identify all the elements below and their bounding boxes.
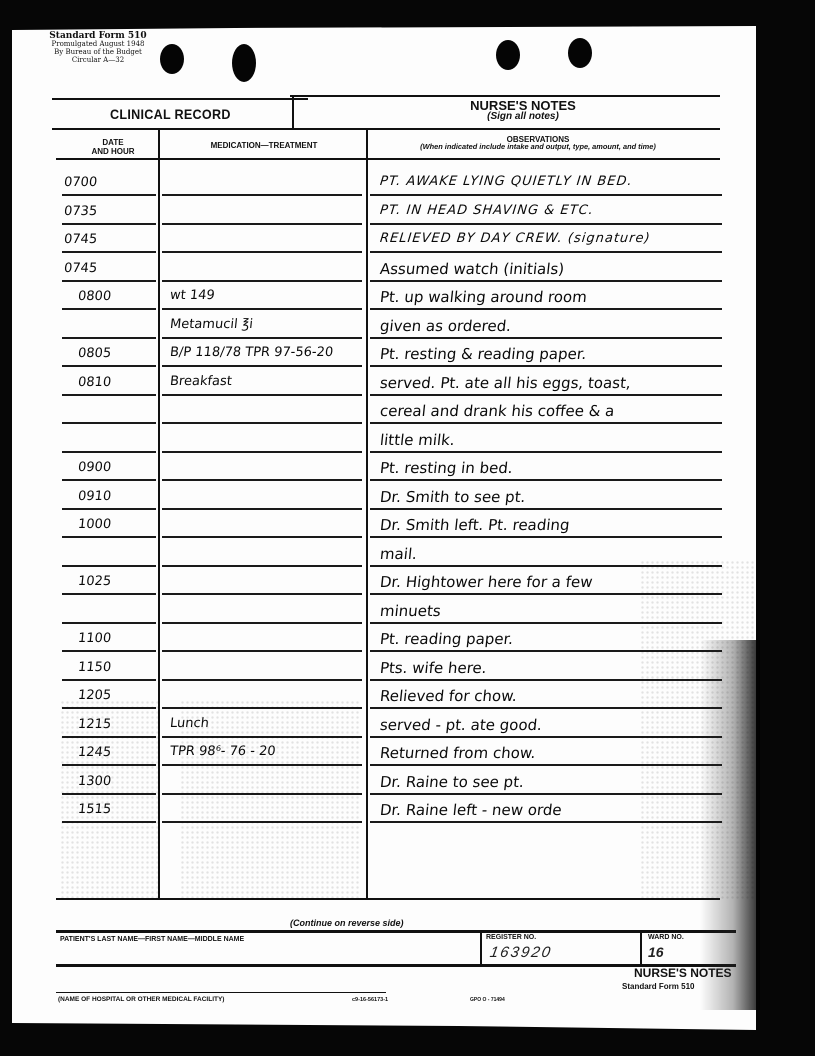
entry-time: 0745 (63, 232, 98, 247)
col-header-date-hour: DATE AND HOUR (68, 138, 158, 156)
observation-row-line (370, 280, 722, 282)
hospital-name-label: (NAME OF HOSPITAL OR OTHER MEDICAL FACIL… (58, 996, 224, 1003)
medication-row-line (162, 679, 362, 681)
entry-observation: Pt. resting & reading paper. (379, 345, 587, 363)
date-row-line (62, 536, 156, 538)
punch-hole-2 (232, 44, 256, 82)
col-divider-2 (366, 130, 368, 900)
entry-time: 1100 (77, 631, 112, 646)
scan-noise-2 (60, 700, 160, 900)
medication-row-line (162, 451, 362, 453)
date-row-line (62, 451, 156, 453)
medication-row-line (162, 365, 362, 367)
medication-row-line (162, 536, 362, 538)
medication-row-line (162, 422, 362, 424)
entry-observation: PT. AWAKE LYING QUIETLY IN BED. (379, 174, 633, 189)
observation-row-line (370, 194, 722, 196)
form-promulgated: Promulgated August 1948 (44, 40, 152, 48)
register-label: REGISTER NO. (486, 934, 536, 941)
entry-observation: served - pt. ate good. (379, 716, 543, 734)
date-row-line (62, 337, 156, 339)
medication-row-line (162, 251, 362, 253)
continue-reverse-note: (Continue on reverse side) (290, 918, 404, 928)
medication-row-line (162, 479, 362, 481)
punch-hole-3 (496, 40, 520, 70)
register-divider (480, 932, 482, 964)
observations-instructions: (When indicated include intake and outpu… (368, 142, 708, 151)
patient-name-label: PATIENT'S LAST NAME—FIRST NAME—MIDDLE NA… (60, 936, 244, 943)
date-row-line (62, 223, 156, 225)
scan-edge-shadow (700, 640, 760, 1010)
medication-row-line (162, 308, 362, 310)
sign-all-notes-subtitle: (Sign all notes) (440, 111, 606, 122)
medication-row-line (162, 280, 362, 282)
date-row-line (62, 622, 156, 624)
entry-time: 0805 (77, 346, 112, 361)
date-row-line (62, 679, 156, 681)
entry-time: 1150 (77, 660, 112, 675)
date-row-line (62, 650, 156, 652)
gpo-code: GPO O - 71494 (470, 997, 505, 1003)
observation-row-line (370, 508, 722, 510)
observation-row-line (370, 308, 722, 310)
medication-row-line (162, 508, 362, 510)
ward-number: 16 (648, 944, 664, 960)
entry-observation: Dr. Smith to see pt. (379, 488, 526, 506)
entry-observation: Pt. reading paper. (379, 630, 514, 648)
entry-time: 0735 (63, 204, 98, 219)
entry-observation: Pts. wife here. (379, 659, 487, 677)
footer-thick-rule (56, 930, 736, 933)
medication-row-line (162, 622, 362, 624)
entry-observation: Pt. resting in bed. (379, 459, 514, 477)
date-row-line (62, 365, 156, 367)
entry-time: 0800 (77, 289, 112, 304)
entry-time: 0745 (63, 261, 98, 276)
column-header-bottom-rule (56, 158, 720, 160)
observation-row-line (370, 365, 722, 367)
observation-row-line (370, 536, 722, 538)
date-row-line (62, 308, 156, 310)
observation-row-line (370, 451, 722, 453)
header-top-rule (52, 98, 308, 100)
clinical-record-title: CLINICAL RECORD (110, 106, 231, 122)
entry-time: 0810 (77, 375, 112, 390)
footer-form-subtitle: Standard Form 510 (622, 982, 694, 991)
ward-label: WARD NO. (648, 934, 684, 941)
entry-observation: Dr. Smith left. Pt. reading (379, 516, 571, 534)
medication-row-line (162, 593, 362, 595)
entry-observation: minuets (379, 602, 442, 620)
entry-time: 0910 (77, 489, 112, 504)
entry-observation: mail. (379, 545, 418, 563)
date-row-line (62, 565, 156, 567)
punch-hole-1 (160, 44, 184, 74)
medication-row-line (162, 394, 362, 396)
entry-time: 1000 (77, 517, 112, 532)
entry-medication: Metamucil ℥i (169, 317, 253, 332)
observation-row-line (370, 223, 722, 225)
medication-row-line (162, 565, 362, 567)
entry-observation: PT. IN HEAD SHAVING & ETC. (379, 203, 594, 218)
entry-observation: Pt. up walking around room (379, 288, 588, 306)
entry-observation: Assumed watch (initials) (379, 260, 565, 278)
entry-observation: Dr. Raine left - new orde (379, 801, 563, 819)
header-divider (292, 96, 294, 128)
date-row-line (62, 280, 156, 282)
observation-row-line (370, 422, 722, 424)
date-row-line (62, 508, 156, 510)
entry-observation: Dr. Hightower here for a few (379, 573, 593, 591)
entry-medication: wt 149 (169, 288, 215, 303)
ward-divider (640, 932, 642, 964)
punch-hole-4 (568, 38, 592, 68)
medication-row-line (162, 223, 362, 225)
date-row-line (62, 251, 156, 253)
col-header-medication: MEDICATION—TREATMENT (166, 141, 362, 150)
entry-observation: Relieved for chow. (379, 687, 518, 705)
date-row-line (62, 479, 156, 481)
print-code: c9-16-56173-1 (352, 997, 388, 1003)
observation-row-line (370, 479, 722, 481)
form-identifier: Standard Form 510 Promulgated August 194… (44, 32, 152, 64)
entry-time: 0900 (77, 460, 112, 475)
entry-medication: B/P 118/78 TPR 97-56-20 (169, 345, 334, 360)
register-number: 163920 (489, 944, 554, 961)
form-name: Standard Form 510 (44, 32, 152, 40)
entry-observation: Returned from chow. (379, 744, 536, 762)
hospital-name-line (56, 992, 386, 993)
entry-time: 0700 (63, 175, 98, 190)
observation-row-line (370, 394, 722, 396)
date-row-line (62, 394, 156, 396)
form-bureau: By Bureau of the Budget (44, 48, 152, 56)
header-bottom-rule (52, 128, 720, 130)
entry-observation: cereal and drank his coffee & a (379, 402, 615, 420)
entry-observation: RELIEVED BY DAY CREW. (signature) (379, 231, 651, 246)
observation-row-line (370, 337, 722, 339)
entry-medication: Breakfast (169, 374, 232, 389)
header-top-rule-right (290, 95, 720, 97)
scan-noise-1 (180, 700, 360, 900)
medication-row-line (162, 337, 362, 339)
medication-row-line (162, 650, 362, 652)
observation-row-line (370, 251, 722, 253)
entry-observation: Dr. Raine to see pt. (379, 773, 525, 791)
entry-observation: little milk. (379, 431, 456, 449)
medication-row-line (162, 194, 362, 196)
form-circular: Circular A—32 (44, 56, 152, 64)
entry-time: 1025 (77, 574, 112, 589)
date-row-line (62, 593, 156, 595)
date-row-line (62, 422, 156, 424)
entry-observation: served. Pt. ate all his eggs, toast, (379, 374, 632, 392)
entry-observation: given as ordered. (379, 317, 512, 335)
date-row-line (62, 194, 156, 196)
